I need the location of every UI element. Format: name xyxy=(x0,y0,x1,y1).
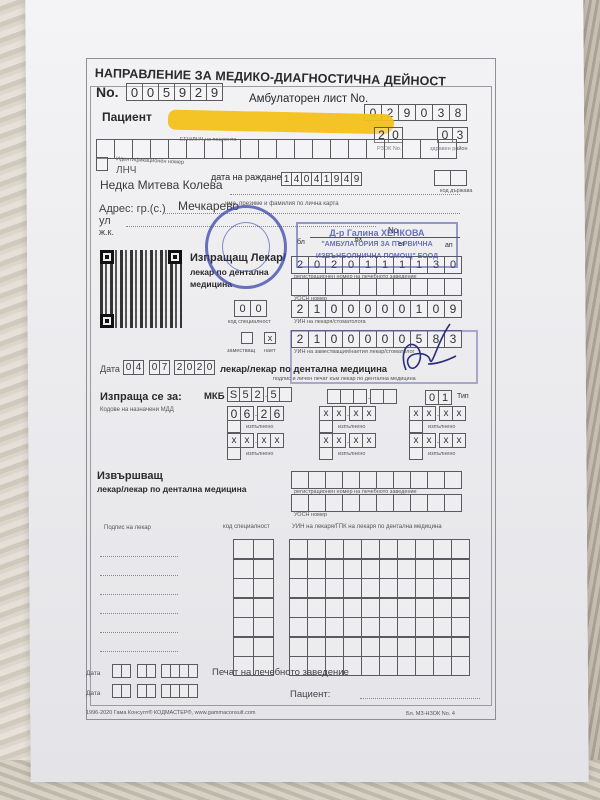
hired-label: нает xyxy=(264,348,276,354)
doctor-signature-line[interactable] xyxy=(100,632,178,633)
digit-box xyxy=(233,559,254,579)
date-day-field[interactable]: 04 xyxy=(124,360,144,375)
lnch-checkbox[interactable] xyxy=(96,157,108,171)
birth-date-field[interactable]: 14041949 xyxy=(282,172,362,186)
digit-box xyxy=(359,494,377,512)
digit-box: 0 xyxy=(126,83,143,101)
digit-box xyxy=(415,539,434,559)
uin-caption: УИН на лекаря/стоматолога xyxy=(294,319,366,325)
performing-uoc-field[interactable] xyxy=(292,494,462,512)
digit-box xyxy=(279,387,292,402)
performing-doctor-label: Извършващ xyxy=(97,470,163,482)
digit-box xyxy=(307,539,326,559)
digit-box: 0 xyxy=(204,360,215,375)
digit-box xyxy=(415,578,434,598)
digit-box xyxy=(342,471,360,489)
complex-label: ж.к. xyxy=(99,227,114,237)
specialty-code-field[interactable]: 00 xyxy=(235,300,267,317)
lnch-label: ЛНЧ xyxy=(116,165,136,176)
performing-specialty-code-field[interactable] xyxy=(234,617,274,637)
bottom-date-field[interactable] xyxy=(162,684,198,698)
uoc-number-field[interactable] xyxy=(292,278,462,296)
digit-box xyxy=(325,278,343,296)
address-label: Адрес: гр.(с.) xyxy=(99,203,166,215)
digit-box xyxy=(342,494,360,512)
digit-box xyxy=(397,598,416,618)
digit-box xyxy=(343,637,362,657)
digit-box: 0 xyxy=(427,300,445,318)
mdd-code-field[interactable]: xx.xx xyxy=(410,406,466,421)
digit-box xyxy=(204,139,223,159)
performing-uin-label: УИН на лекаря/ГПК на лекаря по дентална … xyxy=(292,524,442,530)
substitute-label: заместващ xyxy=(227,348,255,354)
digit-box xyxy=(433,578,452,598)
digit-box xyxy=(438,139,457,159)
mkb-secondary-field[interactable]: . xyxy=(328,389,397,404)
digit-box xyxy=(451,539,470,559)
digit-box xyxy=(186,139,205,159)
digit-box xyxy=(376,494,394,512)
stamp-line-2: "АМБУЛАТОРИЯ ЗА ПЪРВИЧНА xyxy=(298,239,456,251)
mdd-completed-checkbox[interactable] xyxy=(409,447,423,460)
mdd-completed-checkbox[interactable] xyxy=(227,447,241,460)
hired-checkbox[interactable]: x xyxy=(264,332,276,344)
performing-doctor-label-2: лекар/лекар по дентална медицина xyxy=(97,484,247,494)
digit-box: x xyxy=(349,406,363,421)
digit-box: 3 xyxy=(432,104,450,121)
digit-box: x xyxy=(332,406,346,421)
digit-box xyxy=(253,578,274,598)
digit-box: 6 xyxy=(270,406,284,421)
digit-box: x xyxy=(257,433,271,448)
digit-box xyxy=(233,617,254,637)
digit-box xyxy=(233,539,254,559)
digit-box xyxy=(379,617,398,637)
digit-box xyxy=(384,139,403,159)
digit-box xyxy=(294,139,313,159)
digit-box: x xyxy=(422,433,436,448)
digit-box: x xyxy=(439,433,453,448)
mdd-completed-checkbox[interactable] xyxy=(319,420,333,433)
sent-for-label: Изпраща се за: xyxy=(100,391,182,403)
id-number-field[interactable] xyxy=(97,139,457,159)
digit-box: 0 xyxy=(359,300,377,318)
digit-box xyxy=(343,539,362,559)
digit-box xyxy=(379,559,398,579)
doctor-signature-line[interactable] xyxy=(100,575,178,576)
bottom-date-field[interactable] xyxy=(113,684,131,698)
digit-box xyxy=(444,278,462,296)
digit-box: x xyxy=(240,433,254,448)
doctor-signature-label: Подпис на лекар xyxy=(104,525,151,531)
digit-box: 2 xyxy=(257,406,271,421)
digit-box: x xyxy=(349,433,363,448)
digit-box xyxy=(308,471,326,489)
digit-box xyxy=(307,578,326,598)
digit-box xyxy=(379,539,398,559)
digit-box xyxy=(427,278,445,296)
digit-box xyxy=(289,578,308,598)
digit-box xyxy=(444,471,462,489)
digit-box xyxy=(451,578,470,598)
performing-specialty-code-field[interactable] xyxy=(234,578,274,598)
digit-box xyxy=(327,389,341,404)
performing-specialty-code-field[interactable] xyxy=(234,598,274,618)
digit-box: x xyxy=(227,433,241,448)
mdd-completed-checkbox[interactable] xyxy=(319,447,333,460)
round-stamp xyxy=(205,205,287,289)
name-underline xyxy=(230,194,460,195)
mdd-code-field[interactable]: xx.xx xyxy=(320,406,376,421)
digit-box xyxy=(276,139,295,159)
performing-uoc-caption: УОСН номер xyxy=(294,512,327,518)
digit-box: x xyxy=(409,406,423,421)
digit-box xyxy=(325,559,344,579)
digit-box xyxy=(325,539,344,559)
doctor-stamp: Д-р Галина ХЕНКОВА "АМБУЛАТОРИЯ ЗА ПЪРВИ… xyxy=(296,222,458,268)
digit-box xyxy=(289,598,308,618)
bottom-date-field[interactable] xyxy=(138,664,156,678)
digit-box: 0 xyxy=(393,300,411,318)
digit-box xyxy=(121,684,131,698)
digit-box xyxy=(343,559,362,579)
digit-box: 1 xyxy=(438,390,452,405)
digit-box xyxy=(397,656,416,676)
mdd-completed-checkbox[interactable] xyxy=(409,420,423,433)
footer-copyright: 1996-2020 Гама Консулт® КОДМАСТЕР®, www.… xyxy=(86,710,256,716)
patient-signature-line xyxy=(360,698,480,699)
digit-box xyxy=(121,664,131,678)
patient-full-name: Недка Митева Колева xyxy=(100,178,223,192)
date-label-2: Дата xyxy=(86,690,100,697)
mdd-completed-label: изпълнено xyxy=(338,451,365,457)
digit-box xyxy=(361,617,380,637)
digit-box: 0 xyxy=(142,83,159,101)
digit-box: 1 xyxy=(410,300,428,318)
digit-box xyxy=(291,471,309,489)
uin-field[interactable]: 2100000109 xyxy=(292,300,462,318)
digit-box: x xyxy=(409,433,423,448)
digit-box: 0 xyxy=(376,300,394,318)
mdd-code-field[interactable]: xx.xx xyxy=(320,433,376,448)
digit-box xyxy=(343,578,362,598)
digit-box xyxy=(433,637,452,657)
digit-box xyxy=(308,278,326,296)
digit-box xyxy=(415,559,434,579)
digit-box: 9 xyxy=(351,172,362,186)
stamp-line-1: Д-р Галина ХЕНКОВА xyxy=(298,227,456,239)
date-label: Дата xyxy=(100,364,120,374)
bottom-date-field[interactable] xyxy=(162,664,198,678)
digit-box xyxy=(361,637,380,657)
performing-registration-field[interactable] xyxy=(292,471,462,489)
digit-box xyxy=(325,471,343,489)
digit-box xyxy=(253,539,274,559)
digit-box: 0 xyxy=(325,300,343,318)
mkb-label: МКБ xyxy=(204,391,225,402)
digit-box xyxy=(361,598,380,618)
substitute-checkbox[interactable] xyxy=(241,332,253,344)
mkb-code-field[interactable]: S52.5 xyxy=(228,387,292,402)
amb-list-label: Амбулаторен лист No. xyxy=(249,93,368,105)
digit-box: 2 xyxy=(251,387,264,402)
digit-box xyxy=(393,494,411,512)
performing-uin-field[interactable] xyxy=(290,559,470,579)
digit-box xyxy=(258,139,277,159)
digit-box xyxy=(397,617,416,637)
digit-box xyxy=(307,637,326,657)
digit-box xyxy=(132,139,151,159)
digit-box xyxy=(415,637,434,657)
mdd-completed-label: изпълнено xyxy=(246,451,273,457)
digit-box: 0 xyxy=(227,406,241,421)
digit-box xyxy=(233,637,254,657)
street-label: ул xyxy=(99,215,111,227)
digit-box: 9 xyxy=(444,300,462,318)
digit-box xyxy=(253,559,274,579)
digit-box: 0 xyxy=(342,300,360,318)
digit-box xyxy=(433,598,452,618)
digit-box xyxy=(427,471,445,489)
digit-box xyxy=(393,471,411,489)
digit-box xyxy=(383,389,397,404)
digit-box: 0 xyxy=(250,300,267,317)
digit-box xyxy=(415,598,434,618)
digit-box xyxy=(451,656,470,676)
digit-box xyxy=(150,139,169,159)
digit-box xyxy=(253,637,274,657)
digit-box xyxy=(146,684,156,698)
qr-finder-icon xyxy=(168,250,182,264)
digit-box xyxy=(379,578,398,598)
digit-box xyxy=(307,617,326,637)
digit-box xyxy=(289,559,308,579)
digit-box xyxy=(433,539,452,559)
qr-finder-icon xyxy=(100,250,114,264)
bottom-date-field[interactable] xyxy=(138,684,156,698)
digit-box xyxy=(415,656,434,676)
digit-box: 2 xyxy=(291,300,309,318)
type-label: Тип xyxy=(457,393,469,400)
digit-box: 9 xyxy=(206,83,223,101)
digit-box xyxy=(325,598,344,618)
digit-box: x xyxy=(270,433,284,448)
patient-label: Пациент xyxy=(102,110,152,124)
digit-box xyxy=(361,559,380,579)
digit-box xyxy=(222,139,241,159)
digit-box xyxy=(348,139,367,159)
digit-box: 1 xyxy=(308,300,326,318)
digit-box xyxy=(433,559,452,579)
digit-box: x xyxy=(362,433,376,448)
mdd-completed-label: изпълнено xyxy=(428,424,455,430)
digit-box xyxy=(233,598,254,618)
digit-box xyxy=(240,139,259,159)
mdd-codes-label: Кодове на назначени МДД xyxy=(100,407,174,413)
performing-specialty-label: код специалност xyxy=(223,524,270,530)
digit-box xyxy=(410,471,428,489)
digit-box: 9 xyxy=(174,83,191,101)
doctor-signature-line[interactable] xyxy=(100,556,178,557)
country-code-field[interactable] xyxy=(435,170,467,186)
digit-box xyxy=(307,559,326,579)
digit-box xyxy=(397,578,416,598)
digit-box xyxy=(415,617,434,637)
digit-box xyxy=(361,656,380,676)
digit-box xyxy=(379,598,398,618)
digit-box xyxy=(340,389,354,404)
digit-box xyxy=(361,539,380,559)
digit-box xyxy=(325,637,344,657)
performing-uin-field[interactable] xyxy=(290,637,470,657)
doctor-signature-line[interactable] xyxy=(100,594,178,595)
digit-box: x xyxy=(452,433,466,448)
digit-box xyxy=(393,278,411,296)
address-underline xyxy=(165,213,460,214)
digit-box xyxy=(289,539,308,559)
mdd-code-field[interactable]: 06.26 xyxy=(228,406,284,421)
specialty-code-label: код специалност xyxy=(228,319,271,325)
digit-box: 0 xyxy=(415,104,433,121)
mdd-completed-label: изпълнено xyxy=(428,451,455,457)
digit-box xyxy=(253,598,274,618)
digit-box xyxy=(434,170,451,186)
digit-box xyxy=(188,664,198,678)
digit-box xyxy=(410,278,428,296)
digit-box xyxy=(353,389,367,404)
footer-form-number: Бл. МЗ-НЗОК No. 4 xyxy=(406,711,455,717)
digit-box xyxy=(397,539,416,559)
stamp-line-3: ИЗВЪНБОЛНИЧНА ПОМОЩ" ЕООД xyxy=(298,251,456,263)
digit-box: x xyxy=(452,406,466,421)
digit-box xyxy=(330,139,349,159)
digit-box xyxy=(291,494,309,512)
performing-uin-field[interactable] xyxy=(290,617,470,637)
digit-box: x xyxy=(362,406,376,421)
digit-box xyxy=(168,139,187,159)
mdd-completed-label: изпълнено xyxy=(338,424,365,430)
digit-box xyxy=(359,278,377,296)
digit-box xyxy=(325,494,343,512)
digit-box: 0 xyxy=(425,390,439,405)
date-year-field[interactable]: 2020 xyxy=(175,360,215,375)
digit-box: x xyxy=(332,433,346,448)
digit-box xyxy=(325,617,344,637)
performing-specialty-code-field[interactable] xyxy=(234,637,274,657)
digit-box xyxy=(325,578,344,598)
digit-box: x xyxy=(422,406,436,421)
handwritten-signature xyxy=(398,320,458,380)
digit-box xyxy=(397,559,416,579)
digit-box: 7 xyxy=(159,360,170,375)
digit-box xyxy=(307,598,326,618)
performing-specialty-code-field[interactable] xyxy=(234,539,274,559)
digit-box xyxy=(444,494,462,512)
digit-box: x xyxy=(319,406,333,421)
digit-box xyxy=(420,139,439,159)
bottom-date-field[interactable] xyxy=(113,664,131,678)
digit-box xyxy=(433,617,452,637)
digit-box: 2 xyxy=(190,83,207,101)
digit-box xyxy=(366,139,385,159)
digit-box xyxy=(312,139,331,159)
digit-box xyxy=(451,559,470,579)
digit-box xyxy=(451,637,470,657)
digit-box xyxy=(376,471,394,489)
digit-box xyxy=(379,656,398,676)
referral-number-field[interactable]: 005929 xyxy=(127,83,223,101)
digit-box xyxy=(451,598,470,618)
digit-box xyxy=(359,471,377,489)
digit-box xyxy=(96,139,115,159)
digit-box xyxy=(410,494,428,512)
digit-box xyxy=(253,617,274,637)
mdd-code-field[interactable]: xx.xx xyxy=(228,433,284,448)
digit-box xyxy=(397,637,416,657)
digit-box xyxy=(188,684,198,698)
mdd-completed-checkbox[interactable] xyxy=(227,420,241,433)
performing-uin-field[interactable] xyxy=(290,598,470,618)
date-label-1: Дата xyxy=(86,670,100,677)
digit-box xyxy=(342,278,360,296)
digit-box xyxy=(402,139,421,159)
date-month-field[interactable]: 07 xyxy=(150,360,170,375)
digit-box xyxy=(450,170,467,186)
digit-box xyxy=(370,389,384,404)
mdd-code-field[interactable]: xx.xx xyxy=(410,433,466,448)
digit-box xyxy=(451,617,470,637)
digit-box xyxy=(376,278,394,296)
performing-specialty-code-field[interactable] xyxy=(234,559,274,579)
digit-box xyxy=(233,578,254,598)
doctor-signature-line[interactable] xyxy=(100,651,178,652)
number-label: No. xyxy=(96,84,119,100)
digit-box: 4 xyxy=(133,360,144,375)
qr-finder-icon xyxy=(100,314,114,328)
qr-code xyxy=(100,250,182,328)
performing-uin-field[interactable] xyxy=(290,578,470,598)
digit-box: 0 xyxy=(234,300,251,317)
digit-box xyxy=(308,494,326,512)
digit-box xyxy=(433,656,452,676)
doctor-signature-line[interactable] xyxy=(100,613,178,614)
digit-box xyxy=(291,278,309,296)
digit-box: 5 xyxy=(158,83,175,101)
digit-box: 8 xyxy=(449,104,467,121)
digit-box xyxy=(379,637,398,657)
mdd-completed-label: изпълнено xyxy=(246,424,273,430)
digit-box xyxy=(427,494,445,512)
digit-box: x xyxy=(319,433,333,448)
patient-footer-label: Пациент: xyxy=(290,689,330,700)
digit-box: 9 xyxy=(398,104,416,121)
digit-box xyxy=(343,598,362,618)
digit-box xyxy=(361,578,380,598)
digit-box: x xyxy=(439,406,453,421)
stamp-label: Печат на лечебното заведение xyxy=(212,667,349,678)
performing-uin-field[interactable] xyxy=(290,539,470,559)
digit-box: 6 xyxy=(240,406,254,421)
type-field[interactable]: 01 xyxy=(426,390,452,405)
digit-box xyxy=(343,617,362,637)
digit-box xyxy=(289,617,308,637)
digit-box xyxy=(289,637,308,657)
digit-box xyxy=(146,664,156,678)
